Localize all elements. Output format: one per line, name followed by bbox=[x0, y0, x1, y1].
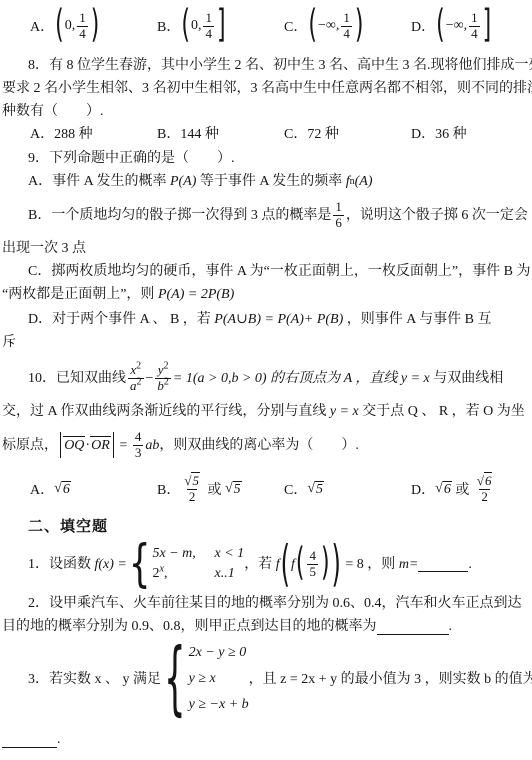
open-paren: ( bbox=[281, 539, 290, 588]
question-9-head: 9．下列命题中正确的是（ ）. bbox=[2, 147, 530, 170]
question-8-line-2: 要求 2 名小学生相邻、3 名初中生相邻，3 名高中生中任意两名都不相邻，则不同… bbox=[2, 77, 530, 100]
q8-option-a: A．288 种 bbox=[30, 123, 157, 143]
open-paren: ( bbox=[296, 545, 305, 584]
abs-bar-left bbox=[60, 432, 61, 458]
q9-option-a: A．事件 A 发生的概率 P(A) 等于事件 A 发生的频率 fn(A) bbox=[2, 170, 530, 193]
q7-option-b: B． ( 0, 14 ] bbox=[157, 11, 284, 41]
answer-blank[interactable] bbox=[2, 732, 57, 748]
vector-OR: OR bbox=[90, 436, 111, 455]
q9-option-c-cont: “两枚都是正面朝上”，则 P(A) = 2P(B) bbox=[2, 283, 530, 306]
close-delim: ] bbox=[483, 7, 492, 46]
fill-question-2-line-2: 目的地的概率分别为 0.9、0.8，则甲正点到达目的地的概率为 . bbox=[2, 615, 530, 638]
fill-question-1: 1．设函数 f(x) = { 5x − m,x < 1 2x,x..1 ，若 f… bbox=[2, 538, 530, 590]
q9-option-b-cont: 出现一次 3 点 bbox=[2, 237, 530, 260]
option-label: D． bbox=[411, 16, 435, 36]
math-f-outer: f bbox=[276, 553, 280, 576]
open-paren: ( bbox=[436, 7, 445, 46]
q10-options-row: A．√6 B． √52 或 √5 C．√5 D．√6 或 √62 bbox=[2, 467, 530, 511]
radical-icon: √ bbox=[477, 473, 484, 488]
q9-option-d: D．对于两个事件 A 、 B ，若 P(A∪B) = P(A)+ P(B) ，则… bbox=[2, 308, 530, 331]
fill-question-3: 3．若实数 x 、 y 满足 { 2x − y ≥ 0 y ≥ x y ≥ −x… bbox=[2, 638, 530, 720]
question-8-line-3: 种数有（ ）. bbox=[2, 100, 530, 123]
math-union-formula: P(A∪B) = P(A)+ P(B) bbox=[214, 308, 343, 331]
q7-option-c: C． ( −∞, 14 ) bbox=[284, 11, 411, 41]
fraction-x2-a2: x2a2 bbox=[128, 363, 144, 393]
q10-option-b: B． √52 或 √5 bbox=[157, 474, 284, 504]
q8-options-row: A．288 种 B．144 种 C．72 种 D．36 种 bbox=[2, 123, 530, 143]
radical-icon: √ bbox=[435, 481, 443, 497]
q10-option-d: D．√6 或 √62 bbox=[411, 474, 530, 504]
system-of-inequalities: 2x − y ≥ 0 y ≥ x y ≥ −x + b bbox=[189, 640, 249, 718]
math-fx: f(x) = bbox=[95, 553, 127, 576]
radical-icon: √ bbox=[54, 481, 62, 497]
answer-blank[interactable] bbox=[377, 619, 449, 635]
interval-left: 0, bbox=[65, 18, 76, 34]
section-2-header: 二、填空题 bbox=[2, 515, 530, 538]
close-paren: ) bbox=[321, 545, 330, 584]
option-label: C． bbox=[284, 16, 307, 36]
fraction-four-fifths: 45 bbox=[307, 549, 318, 579]
q7-options-row: A． ( 0, 14 ) B． ( 0, 14 ] C． ( −∞, 14 ) … bbox=[2, 4, 530, 48]
equals-sign: = bbox=[116, 434, 131, 457]
q9-option-d-cont: 斥 bbox=[2, 331, 530, 354]
fill-question-3-blank-line: . bbox=[2, 728, 530, 751]
abs-bar-right bbox=[113, 432, 114, 458]
left-brace: { bbox=[129, 539, 151, 590]
interval-left: 0, bbox=[191, 18, 202, 34]
interval-left: −∞, bbox=[446, 18, 467, 34]
fraction-four-thirds: 43 bbox=[133, 430, 144, 460]
close-paren: ) bbox=[332, 539, 341, 588]
question-10-line-1: 10．已知双曲线 x2a2 − y2b2 = 1(a > 0,b > 0) 的右… bbox=[2, 356, 530, 400]
fill-question-2-line-1: 2．设甲乘汽车、火车前往某目的地的概率分别为 0.6、0.4，汽车和火车正点到达 bbox=[2, 592, 530, 615]
case-row-2: 2x,x..1 bbox=[153, 564, 245, 584]
fraction-y2-b2: y2b2 bbox=[155, 363, 171, 393]
q7-option-d: D． ( −∞, 14 ] bbox=[411, 11, 530, 41]
close-delim: ] bbox=[217, 7, 226, 46]
piecewise-cases: 5x − m,x < 1 2x,x..1 bbox=[153, 544, 245, 584]
math-f-inner: f bbox=[291, 553, 295, 576]
fraction: 14 bbox=[469, 11, 480, 41]
math-PA-2PB: P(A) = 2P(B) bbox=[158, 283, 234, 306]
fraction: 14 bbox=[77, 11, 88, 41]
vector-OQ: OQ bbox=[63, 436, 85, 455]
open-paren: ( bbox=[181, 7, 190, 46]
minus-sign: − bbox=[146, 367, 154, 390]
fraction-one-sixth: 16 bbox=[333, 200, 344, 230]
answer-blank[interactable] bbox=[418, 556, 468, 572]
math-PA: P(A) bbox=[170, 170, 196, 193]
inequality-row-1: 2x − y ≥ 0 bbox=[189, 640, 249, 666]
exam-document: A． ( 0, 14 ) B． ( 0, 14 ] C． ( −∞, 14 ) … bbox=[0, 0, 532, 751]
inequality-row-2: y ≥ x bbox=[189, 666, 249, 692]
case-row-1: 5x − m,x < 1 bbox=[153, 544, 245, 564]
fraction: 14 bbox=[203, 11, 214, 41]
q9-option-b: B．一个质地均匀的骰子掷一次得到 3 点的概率是 16 ，说明这个骰子掷 6 次… bbox=[2, 193, 530, 237]
question-10-line-3: 标原点， OQ · OR = 43 ab ，则双曲线的离心率为（ ）. bbox=[2, 423, 530, 467]
question-8-line-1: 8．有 8 位学生春游，其中小学生 2 名、初中生 3 名、高中生 3 名.现将… bbox=[2, 54, 530, 77]
open-paren: ( bbox=[308, 7, 317, 46]
inequality-row-3: y ≥ −x + b bbox=[189, 692, 249, 718]
math-ab: ab bbox=[145, 434, 159, 457]
fraction-sqrt6-2: √62 bbox=[475, 474, 495, 504]
q8-option-c: C．72 种 bbox=[284, 123, 411, 143]
interval-left: −∞, bbox=[318, 18, 339, 34]
q8-option-d: D．36 种 bbox=[411, 123, 530, 143]
option-label: A． bbox=[30, 16, 54, 36]
option-label: B． bbox=[157, 16, 180, 36]
question-10-line-2: 交，过 A 作双曲线两条渐近线的平行线，分别与直线 y = x 交于点 Q 、 … bbox=[2, 400, 530, 423]
radical-icon: √ bbox=[307, 481, 315, 497]
fraction: 14 bbox=[341, 11, 352, 41]
math-arg: (A) bbox=[355, 170, 373, 193]
close-delim: ) bbox=[91, 7, 100, 46]
q10-option-a: A．√6 bbox=[30, 479, 157, 499]
math-y-equals-x: y = x bbox=[401, 367, 430, 390]
fraction-sqrt5-2: √52 bbox=[182, 474, 202, 504]
radical-icon: √ bbox=[225, 481, 233, 497]
math-y-equals-x: y = x bbox=[330, 400, 359, 423]
math-m: m= bbox=[399, 553, 419, 576]
q9-option-c: C．掷两枚质地均匀的硬币，事件 A 为“一枚正面朝上，一枚反面朝上”，事件 B … bbox=[2, 260, 530, 283]
q7-option-a: A． ( 0, 14 ) bbox=[30, 11, 157, 41]
close-delim: ) bbox=[355, 7, 364, 46]
q10-option-c: C．√5 bbox=[284, 479, 411, 499]
left-brace: { bbox=[164, 639, 186, 719]
open-paren: ( bbox=[55, 7, 64, 46]
q8-option-b: B．144 种 bbox=[157, 123, 284, 143]
